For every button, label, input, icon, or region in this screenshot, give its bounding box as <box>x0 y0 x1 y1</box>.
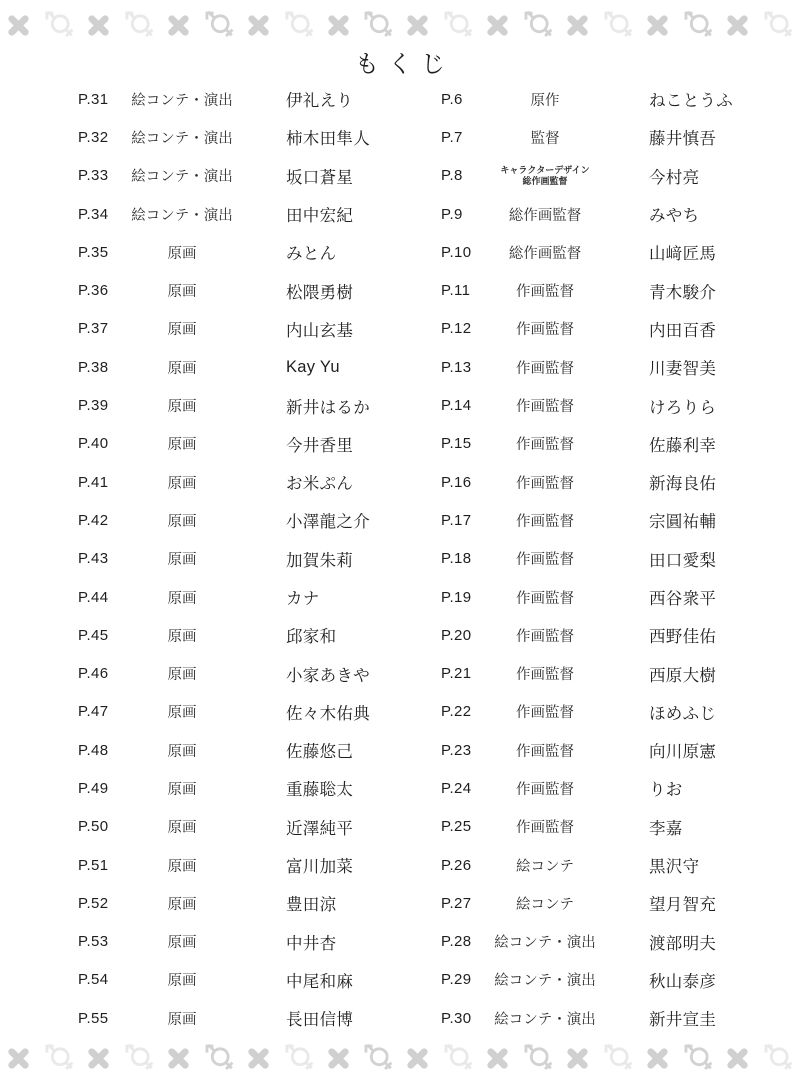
role-label: 原作 <box>491 89 599 110</box>
role-label: 原画 <box>128 625 236 646</box>
gender-symbol-icon <box>762 8 793 43</box>
page-number: P.49 <box>78 780 128 797</box>
page-number: P.15 <box>441 435 491 452</box>
toc-row: P.39 原画 新井はるか <box>78 386 408 424</box>
role-label: 監督 <box>491 127 599 148</box>
toc-row: P.53 原画 中井杏 <box>78 923 408 961</box>
toc-row: P.9 総作画監督 みやち <box>441 195 771 233</box>
role-label: 絵コンテ <box>491 855 599 876</box>
page-number: P.33 <box>78 167 128 184</box>
role-label: 作画監督 <box>491 548 599 569</box>
toc-row: P.49 原画 重藤聡太 <box>78 769 408 807</box>
name-label: 近澤純平 <box>286 815 353 839</box>
toc-row: P.40 原画 今井香里 <box>78 425 408 463</box>
page-number: P.9 <box>441 206 491 223</box>
role-label: 原画 <box>128 280 236 301</box>
page-number: P.27 <box>441 895 491 912</box>
role-label: 作画監督 <box>491 587 599 608</box>
x-mark-icon <box>726 1047 749 1070</box>
page-number: P.26 <box>441 857 491 874</box>
role-label: 作画監督 <box>491 318 599 339</box>
toc-row: P.34 絵コンテ・演出 田中宏紀 <box>78 195 408 233</box>
name-label: 西野佳佑 <box>649 623 716 647</box>
page-number: P.42 <box>78 512 128 529</box>
x-mark-icon <box>247 1047 270 1070</box>
name-label: 新井はるか <box>286 394 370 418</box>
name-label: 中井杏 <box>286 930 336 954</box>
role-label: 作画監督 <box>491 778 599 799</box>
toc-row: P.19 作画監督 西谷衆平 <box>441 578 771 616</box>
role-label: 原画 <box>128 587 236 608</box>
name-label: 佐藤利幸 <box>649 432 716 456</box>
toc-row: P.17 作画監督 宗圓祐輔 <box>441 501 771 539</box>
x-mark-icon <box>486 1047 509 1070</box>
name-label: 望月智充 <box>649 891 716 915</box>
role-label: 原画 <box>128 1008 236 1029</box>
page-number: P.43 <box>78 550 128 567</box>
toc-row: P.51 原画 富川加菜 <box>78 846 408 884</box>
page-number: P.32 <box>78 129 128 146</box>
gender-symbol-icon <box>123 1041 154 1076</box>
gender-symbol-icon <box>522 1041 553 1076</box>
role-label: 原画 <box>128 931 236 952</box>
page-number: P.39 <box>78 397 128 414</box>
page-number: P.36 <box>78 282 128 299</box>
name-label: 佐々木佑典 <box>286 700 370 724</box>
page-number: P.12 <box>441 320 491 337</box>
page-number: P.38 <box>78 359 128 376</box>
name-label: 向川原憲 <box>649 738 716 762</box>
x-mark-icon <box>566 1047 589 1070</box>
name-label: 小家あきや <box>286 662 370 686</box>
role-label: 原画 <box>128 318 236 339</box>
toc-row: P.46 原画 小家あきや <box>78 654 408 692</box>
name-label: 坂口蒼星 <box>286 164 353 188</box>
name-label: りお <box>649 776 683 800</box>
toc-row: P.23 作画監督 向川原憲 <box>441 731 771 769</box>
role-label: 絵コンテ・演出 <box>491 931 599 952</box>
name-label: カナ <box>286 585 320 609</box>
name-label: 川妻智美 <box>649 355 716 379</box>
name-label: 田中宏紀 <box>286 202 353 226</box>
name-label: 今村亮 <box>649 164 699 188</box>
toc-row: P.30 絵コンテ・演出 新井宣圭 <box>441 999 771 1037</box>
gender-symbol-icon <box>43 1041 74 1076</box>
toc-row: P.29 絵コンテ・演出 秋山泰彦 <box>441 961 771 999</box>
role-label: 絵コンテ・演出 <box>128 89 236 110</box>
x-mark-icon <box>167 1047 190 1070</box>
role-label: 絵コンテ・演出 <box>128 204 236 225</box>
toc-row: P.21 作画監督 西原大樹 <box>441 654 771 692</box>
role-label: 絵コンテ・演出 <box>128 127 236 148</box>
toc-column-right: P.6 原作 ねことうふ P.7 監督 藤井慎吾 P.8 キャラクターデザイン総… <box>441 80 771 1037</box>
page-number: P.6 <box>441 91 491 108</box>
toc-row: P.45 原画 邱家和 <box>78 616 408 654</box>
toc-row: P.15 作画監督 佐藤利幸 <box>441 425 771 463</box>
gender-symbol-icon <box>283 8 314 43</box>
name-label: 加賀朱莉 <box>286 547 353 571</box>
toc-row: P.20 作画監督 西野佳佑 <box>441 616 771 654</box>
role-label: 原画 <box>128 663 236 684</box>
name-label: 松隈勇樹 <box>286 279 353 303</box>
role-label: 原画 <box>128 395 236 416</box>
name-label: 小澤龍之介 <box>286 508 370 532</box>
toc-row: P.8 キャラクターデザイン総作画監督 今村亮 <box>441 157 771 195</box>
toc-row: P.6 原作 ねことうふ <box>441 80 771 118</box>
toc-row: P.22 作画監督 ほめふじ <box>441 693 771 731</box>
role-label: 作画監督 <box>491 625 599 646</box>
page-number: P.35 <box>78 244 128 261</box>
x-mark-icon <box>327 14 350 37</box>
page-number: P.25 <box>441 818 491 835</box>
name-label: 新井宣圭 <box>649 1006 716 1030</box>
name-label: 内山玄基 <box>286 317 353 341</box>
role-label: 作画監督 <box>491 280 599 301</box>
page-number: P.11 <box>441 282 491 299</box>
page-number: P.55 <box>78 1010 128 1027</box>
name-label: 豊田涼 <box>286 891 336 915</box>
toc-row: P.12 作画監督 内田百香 <box>441 310 771 348</box>
name-label: ねことうふ <box>649 87 733 111</box>
page-number: P.51 <box>78 857 128 874</box>
toc-row: P.13 作画監督 川妻智美 <box>441 348 771 386</box>
role-label: 原画 <box>128 357 236 378</box>
x-mark-icon <box>7 14 30 37</box>
toc-row: P.10 総作画監督 山﨑匠馬 <box>441 233 771 271</box>
page-number: P.44 <box>78 589 128 606</box>
gender-symbol-icon <box>762 1041 793 1076</box>
page-number: P.16 <box>441 474 491 491</box>
toc-column-left: P.31 絵コンテ・演出 伊礼えり P.32 絵コンテ・演出 柿木田隼人 P.3… <box>78 80 408 1037</box>
role-label: 絵コンテ・演出 <box>491 969 599 990</box>
name-label: けろりら <box>649 394 716 418</box>
toc-row: P.24 作画監督 りお <box>441 769 771 807</box>
name-label: 中尾和麻 <box>286 968 353 992</box>
bottom-decorative-border <box>0 1038 800 1078</box>
gender-symbol-icon <box>362 1041 393 1076</box>
page-number: P.46 <box>78 665 128 682</box>
name-label: 田口愛梨 <box>649 547 716 571</box>
x-mark-icon <box>87 14 110 37</box>
page-number: P.7 <box>441 129 491 146</box>
name-label: 内田百香 <box>649 317 716 341</box>
toc-row: P.47 原画 佐々木佑典 <box>78 693 408 731</box>
toc-row: P.25 作画監督 李嘉 <box>441 808 771 846</box>
role-label: 原画 <box>128 969 236 990</box>
x-mark-icon <box>87 1047 110 1070</box>
role-label: 絵コンテ・演出 <box>128 165 236 186</box>
toc-row: P.31 絵コンテ・演出 伊礼えり <box>78 80 408 118</box>
gender-symbol-icon <box>682 8 713 43</box>
toc-row: P.41 原画 お米ぷん <box>78 463 408 501</box>
page-number: P.41 <box>78 474 128 491</box>
name-label: 藤井慎吾 <box>649 125 716 149</box>
role-label: 作画監督 <box>491 510 599 531</box>
page-number: P.30 <box>441 1010 491 1027</box>
name-label: 黒沢守 <box>649 853 699 877</box>
toc-row: P.16 作画監督 新海良佑 <box>441 463 771 501</box>
toc-row: P.32 絵コンテ・演出 柿木田隼人 <box>78 118 408 156</box>
gender-symbol-icon <box>602 1041 633 1076</box>
toc-row: P.48 原画 佐藤悠己 <box>78 731 408 769</box>
page-number: P.19 <box>441 589 491 606</box>
role-label: 原画 <box>128 433 236 454</box>
x-mark-icon <box>7 1047 30 1070</box>
name-label: 西谷衆平 <box>649 585 716 609</box>
gender-symbol-icon <box>522 8 553 43</box>
name-label: みやち <box>649 202 699 226</box>
role-label: 絵コンテ <box>491 893 599 914</box>
page-number: P.47 <box>78 703 128 720</box>
toc-row: P.42 原画 小澤龍之介 <box>78 501 408 539</box>
role-label: 作画監督 <box>491 472 599 493</box>
name-label: 青木駿介 <box>649 279 716 303</box>
page-number: P.22 <box>441 703 491 720</box>
x-mark-icon <box>406 1047 429 1070</box>
role-label: 総作画監督 <box>491 242 599 263</box>
page-number: P.24 <box>441 780 491 797</box>
role-label: 原画 <box>128 855 236 876</box>
x-mark-icon <box>247 14 270 37</box>
toc-row: P.11 作画監督 青木駿介 <box>441 271 771 309</box>
role-label: 作画監督 <box>491 433 599 454</box>
toc-row: P.54 原画 中尾和麻 <box>78 961 408 999</box>
name-label: みとん <box>286 240 336 264</box>
x-mark-icon <box>646 14 669 37</box>
page-number: P.28 <box>441 933 491 950</box>
page-number: P.8 <box>441 167 491 184</box>
page-number: P.31 <box>78 91 128 108</box>
top-decorative-border <box>0 5 800 45</box>
gender-symbol-icon <box>682 1041 713 1076</box>
name-label: お米ぷん <box>286 470 353 494</box>
name-label: 富川加菜 <box>286 853 353 877</box>
x-mark-icon <box>167 14 190 37</box>
page-title: もくじ <box>0 44 800 79</box>
gender-symbol-icon <box>362 8 393 43</box>
page-number: P.29 <box>441 971 491 988</box>
toc-row: P.37 原画 内山玄基 <box>78 310 408 348</box>
toc-row: P.38 原画 Kay Yu <box>78 348 408 386</box>
page-number: P.52 <box>78 895 128 912</box>
page-number: P.21 <box>441 665 491 682</box>
name-label: 山﨑匠馬 <box>649 240 716 264</box>
toc-page: もくじ P.31 絵コンテ・演出 伊礼えり P.32 絵コンテ・演出 柿木田隼人… <box>0 0 800 1089</box>
toc-row: P.36 原画 松隈勇樹 <box>78 271 408 309</box>
x-mark-icon <box>327 1047 350 1070</box>
name-label: 西原大樹 <box>649 662 716 686</box>
toc-row: P.27 絵コンテ 望月智充 <box>441 884 771 922</box>
toc-row: P.33 絵コンテ・演出 坂口蒼星 <box>78 157 408 195</box>
page-number: P.23 <box>441 742 491 759</box>
role-label: 作画監督 <box>491 395 599 416</box>
name-label: 李嘉 <box>649 815 683 839</box>
page-number: P.45 <box>78 627 128 644</box>
x-mark-icon <box>486 14 509 37</box>
role-label: 原画 <box>128 510 236 531</box>
page-number: P.37 <box>78 320 128 337</box>
role-label: 総作画監督 <box>491 204 599 225</box>
toc-row: P.26 絵コンテ 黒沢守 <box>441 846 771 884</box>
name-label: 長田信博 <box>286 1006 353 1030</box>
page-number: P.20 <box>441 627 491 644</box>
toc-row: P.44 原画 カナ <box>78 578 408 616</box>
x-mark-icon <box>566 14 589 37</box>
role-label: 作画監督 <box>491 357 599 378</box>
toc-row: P.28 絵コンテ・演出 渡部明夫 <box>441 923 771 961</box>
toc-row: P.55 原画 長田信博 <box>78 999 408 1037</box>
x-mark-icon <box>646 1047 669 1070</box>
page-number: P.48 <box>78 742 128 759</box>
page-number: P.53 <box>78 933 128 950</box>
gender-symbol-icon <box>123 8 154 43</box>
name-label: 新海良佑 <box>649 470 716 494</box>
page-number: P.34 <box>78 206 128 223</box>
page-number: P.13 <box>441 359 491 376</box>
gender-symbol-icon <box>442 1041 473 1076</box>
name-label: Kay Yu <box>286 358 340 377</box>
name-label: 伊礼えり <box>286 87 353 111</box>
x-mark-icon <box>406 14 429 37</box>
role-label: 絵コンテ・演出 <box>491 1008 599 1029</box>
toc-row: P.14 作画監督 けろりら <box>441 386 771 424</box>
role-label: 原画 <box>128 893 236 914</box>
role-label: 原画 <box>128 472 236 493</box>
name-label: 今井香里 <box>286 432 353 456</box>
gender-symbol-icon <box>203 8 234 43</box>
page-number: P.50 <box>78 818 128 835</box>
name-label: 宗圓祐輔 <box>649 508 716 532</box>
toc-row: P.35 原画 みとん <box>78 233 408 271</box>
page-number: P.18 <box>441 550 491 567</box>
toc-row: P.18 作画監督 田口愛梨 <box>441 540 771 578</box>
toc-row: P.7 監督 藤井慎吾 <box>441 118 771 156</box>
role-label: 原画 <box>128 778 236 799</box>
name-label: 佐藤悠己 <box>286 738 353 762</box>
toc-row: P.52 原画 豊田涼 <box>78 884 408 922</box>
role-label: 作画監督 <box>491 663 599 684</box>
page-number: P.14 <box>441 397 491 414</box>
gender-symbol-icon <box>602 8 633 43</box>
toc-row: P.43 原画 加賀朱莉 <box>78 540 408 578</box>
name-label: 邱家和 <box>286 623 336 647</box>
gender-symbol-icon <box>283 1041 314 1076</box>
role-label: 原画 <box>128 242 236 263</box>
gender-symbol-icon <box>442 8 473 43</box>
name-label: 秋山泰彦 <box>649 968 716 992</box>
name-label: ほめふじ <box>649 700 716 724</box>
role-label: 原画 <box>128 701 236 722</box>
page-number: P.10 <box>441 244 491 261</box>
role-label: 作画監督 <box>491 740 599 761</box>
page-number: P.40 <box>78 435 128 452</box>
page-number: P.54 <box>78 971 128 988</box>
role-label: 原画 <box>128 816 236 837</box>
gender-symbol-icon <box>43 8 74 43</box>
gender-symbol-icon <box>203 1041 234 1076</box>
x-mark-icon <box>726 14 749 37</box>
role-label: 作画監督 <box>491 816 599 837</box>
toc-row: P.50 原画 近澤純平 <box>78 808 408 846</box>
role-label: 作画監督 <box>491 701 599 722</box>
name-label: 重藤聡太 <box>286 776 353 800</box>
role-label: キャラクターデザイン総作画監督 <box>491 165 599 187</box>
page-number: P.17 <box>441 512 491 529</box>
role-label: 原画 <box>128 548 236 569</box>
name-label: 渡部明夫 <box>649 930 716 954</box>
role-label: 原画 <box>128 740 236 761</box>
name-label: 柿木田隼人 <box>286 125 370 149</box>
